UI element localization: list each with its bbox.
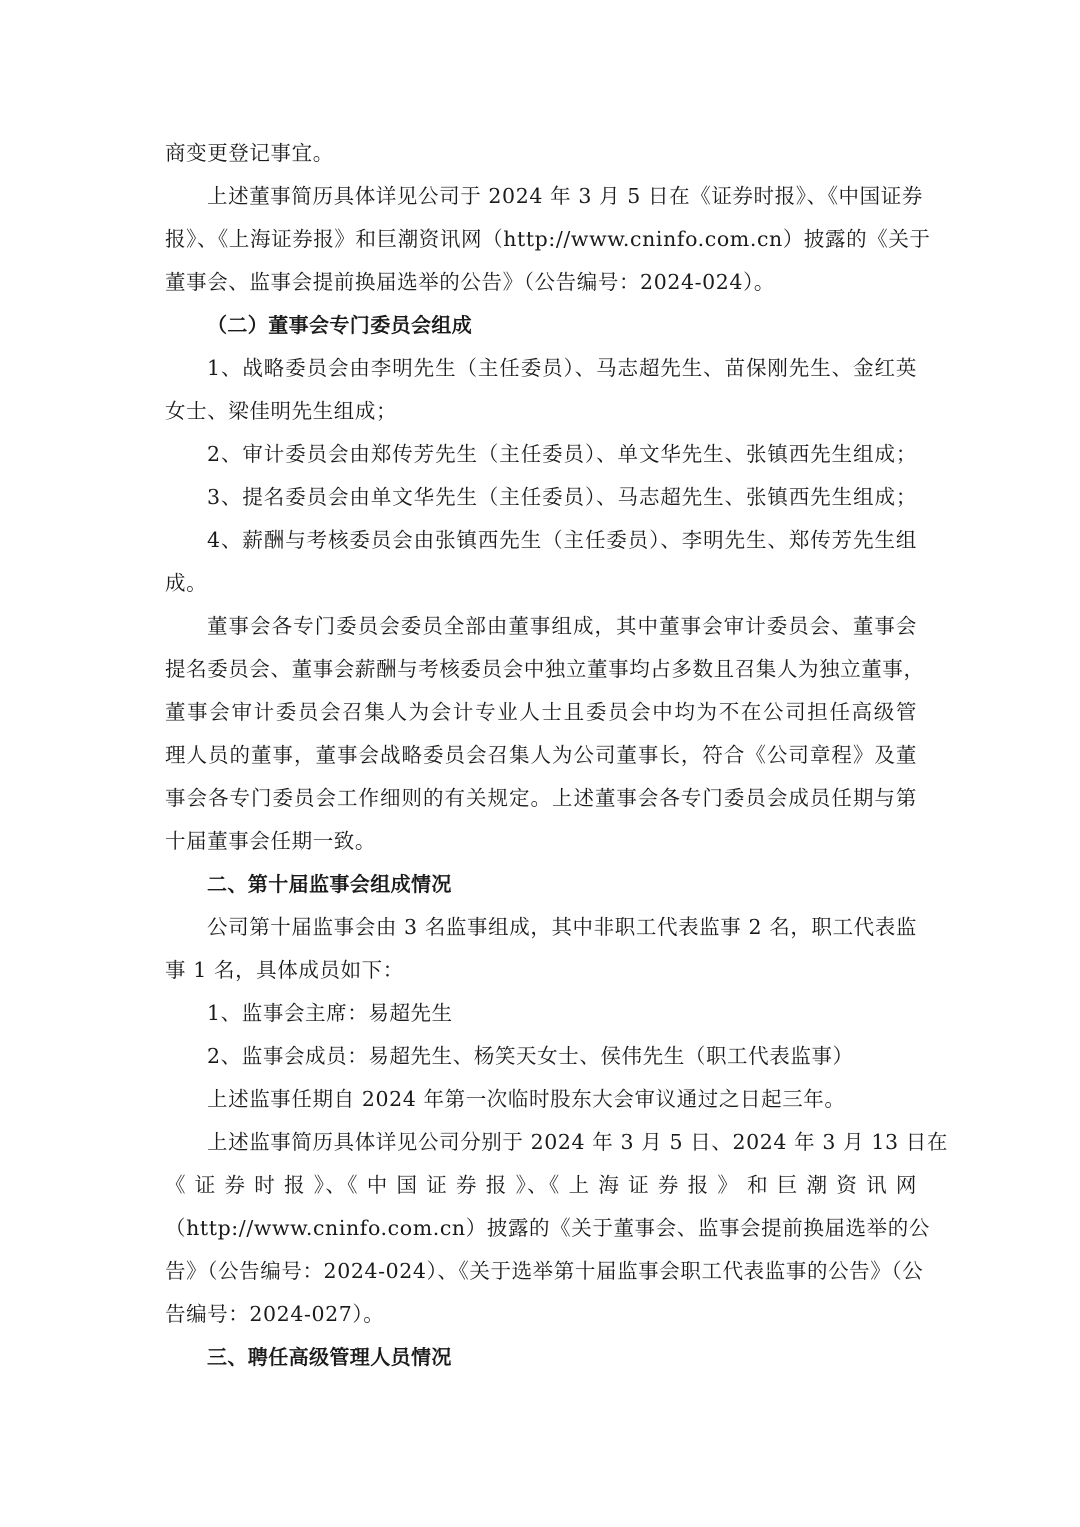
section-heading: 三、聘任高级管理人员情况 [165, 1336, 917, 1379]
text-line: 事 1 名，具体成员如下： [165, 949, 917, 992]
list-item: 1、战略委员会由李明先生（主任委员）、马志超先生、苗保刚先生、金红英 [165, 347, 917, 390]
text-line: 告编号：2024-027）。 [165, 1293, 917, 1336]
text-line: 公司第十届监事会由 3 名监事组成，其中非职工代表监事 2 名，职工代表监 [165, 906, 917, 949]
list-item: 1、监事会主席：易超先生 [165, 992, 917, 1035]
text-line: 上述监事简历具体详见公司分别于 2024 年 3 月 5 日、2024 年 3 … [165, 1121, 917, 1164]
text-line: 董事会、监事会提前换届选举的公告》（公告编号：2024-024）。 [165, 261, 917, 304]
document-page: 商变更登记事宜。 上述董事简历具体详见公司于 2024 年 3 月 5 日在《证… [165, 132, 917, 1379]
text-line: 上述监事任期自 2024 年第一次临时股东大会审议通过之日起三年。 [165, 1078, 917, 1121]
list-item: 3、提名委员会由单文华先生（主任委员）、马志超先生、张镇西先生组成； [165, 476, 917, 519]
text-line: 董事会审计委员会召集人为会计专业人士且委员会中均为不在公司担任高级管 [165, 691, 917, 734]
text-line: 报》、《上海证券报》和巨潮资讯网（http://www.cninfo.com.c… [165, 218, 917, 261]
text-line: 提名委员会、董事会薪酬与考核委员会中独立董事均占多数且召集人为独立董事， [165, 648, 917, 691]
section-heading: 二、第十届监事会组成情况 [165, 863, 917, 906]
text-line: 上述董事简历具体详见公司于 2024 年 3 月 5 日在《证券时报》、《中国证… [165, 175, 917, 218]
section-heading: （二）董事会专门委员会组成 [165, 304, 917, 347]
text-line: 董事会各专门委员会委员全部由董事组成，其中董事会审计委员会、董事会 [165, 605, 917, 648]
list-item: 2、监事会成员：易超先生、杨笑天女士、侯伟先生（职工代表监事） [165, 1035, 917, 1078]
text-line: 《 证 券 时 报 》、《 中 国 证 券 报 》、《 上 海 证 券 报 》 … [165, 1164, 917, 1207]
text-line: 事会各专门委员会工作细则的有关规定。上述董事会各专门委员会成员任期与第 [165, 777, 917, 820]
list-item: 2、审计委员会由郑传芳先生（主任委员）、单文华先生、张镇西先生组成； [165, 433, 917, 476]
list-item: 4、薪酬与考核委员会由张镇西先生（主任委员）、李明先生、郑传芳先生组 [165, 519, 917, 562]
text-line: 女士、梁佳明先生组成； [165, 390, 917, 433]
text-line: 商变更登记事宜。 [165, 132, 917, 175]
text-line: 理人员的董事，董事会战略委员会召集人为公司董事长，符合《公司章程》及董 [165, 734, 917, 777]
text-line: 十届董事会任期一致。 [165, 820, 917, 863]
text-line: （http://www.cninfo.com.cn）披露的《关于董事会、监事会提… [165, 1207, 917, 1250]
text-line: 成。 [165, 562, 917, 605]
text-line: 告》（公告编号：2024-024）、《关于选举第十届监事会职工代表监事的公告》（… [165, 1250, 917, 1293]
